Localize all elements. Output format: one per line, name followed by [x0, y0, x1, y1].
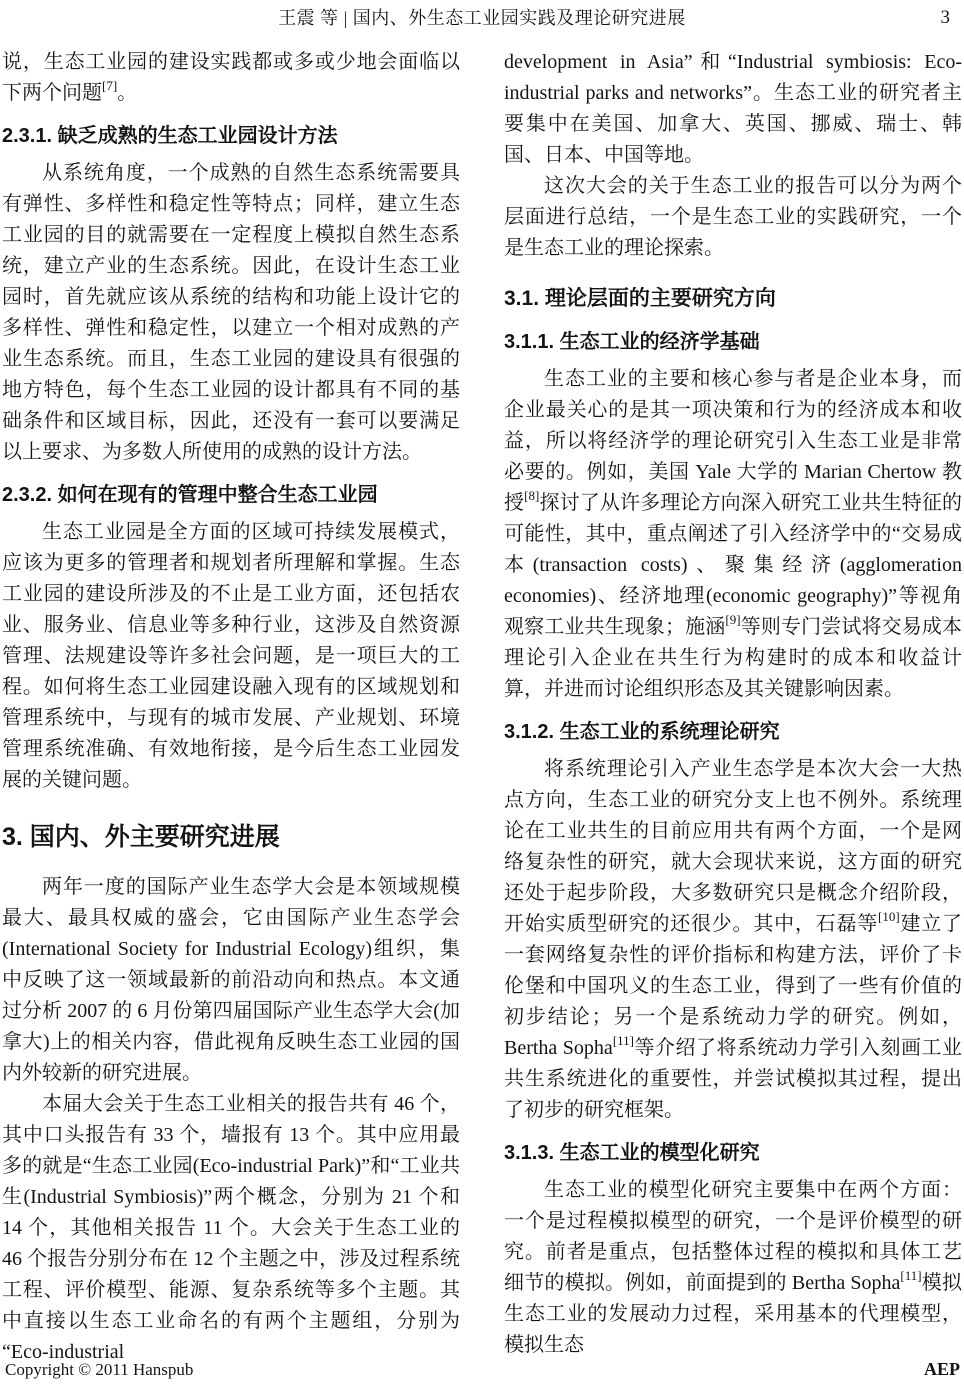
paragraph: 两年一度的国际产业生态学大会是本领域规模最大、最具权威的盛会，它由国际产业生态学…: [2, 872, 460, 1089]
section-heading: 3.1.2. 生态工业的系统理论研究: [504, 718, 962, 746]
running-title: 王震 等 | 国内、外生态工业园实践及理论研究进展: [2, 6, 962, 30]
section-heading: 2.3.1. 缺乏成熟的生态工业园设计方法: [2, 122, 460, 150]
right-column: development in Asia”和“Industrial symbios…: [504, 47, 962, 1368]
citation-reference: [10]: [878, 909, 900, 924]
section-heading: 2.3.2. 如何在现有的管理中整合生态工业园: [2, 481, 460, 509]
paragraph: 生态工业的主要和核心参与者是企业本身，而企业最关心的是其一项决策和行为的经济成本…: [504, 364, 962, 705]
paragraph: 生态工业的模型化研究主要集中在两个方面：一个是过程模拟模型的研究，一个是评价模型…: [504, 1175, 962, 1361]
paragraph: 将系统理论引入产业生态学是本次大会一大热点方向，生态工业的研究分支上也不例外。系…: [504, 754, 962, 1126]
paragraph: development in Asia”和“Industrial symbios…: [504, 47, 962, 171]
journal-abbreviation: AEP: [924, 1359, 960, 1380]
citation-reference: [8]: [524, 488, 539, 503]
paragraph: 说，生态工业园的建设实践都或多或少地会面临以下两个问题[7]。: [2, 47, 460, 109]
paper-page: 王震 等 | 国内、外生态工业园实践及理论研究进展 3 说，生态工业园的建设实践…: [0, 0, 964, 1386]
paragraph: 生态工业园是全方面的区域可持续发展模式，应该为更多的管理者和规划者所理解和掌握。…: [2, 517, 460, 796]
section-heading: 3.1.1. 生态工业的经济学基础: [504, 328, 962, 356]
copyright-notice: Copyright © 2011 Hanspub: [5, 1360, 193, 1380]
paragraph: 本届大会关于生态工业相关的报告共有 46 个，其中口头报告有 33 个，墙报有 …: [2, 1089, 460, 1368]
running-header: 王震 等 | 国内、外生态工业园实践及理论研究进展 3: [2, 6, 962, 30]
section-heading: 3.1.3. 生态工业的模型化研究: [504, 1139, 962, 1167]
section-heading: 3. 国内、外主要研究进展: [2, 821, 460, 853]
page-number: 3: [941, 6, 951, 30]
page-footer: Copyright © 2011 Hanspub AEP: [0, 1359, 964, 1380]
paragraph: 从系统角度，一个成熟的自然生态系统需要具有弹性、多样性和稳定性等特点；同样，建立…: [2, 158, 460, 468]
citation-reference: [11]: [900, 1268, 921, 1283]
section-heading: 3.1. 理论层面的主要研究方向: [504, 284, 962, 313]
citation-reference: [11]: [613, 1033, 634, 1048]
citation-reference: [9]: [725, 612, 740, 627]
left-column: 说，生态工业园的建设实践都或多或少地会面临以下两个问题[7]。2.3.1. 缺乏…: [2, 47, 460, 1368]
paragraph: 这次大会的关于生态工业的报告可以分为两个层面进行总结，一个是生态工业的实践研究，…: [504, 171, 962, 264]
two-column-body: 说，生态工业园的建设实践都或多或少地会面临以下两个问题[7]。2.3.1. 缺乏…: [2, 47, 962, 1368]
citation-reference: [7]: [102, 78, 117, 93]
